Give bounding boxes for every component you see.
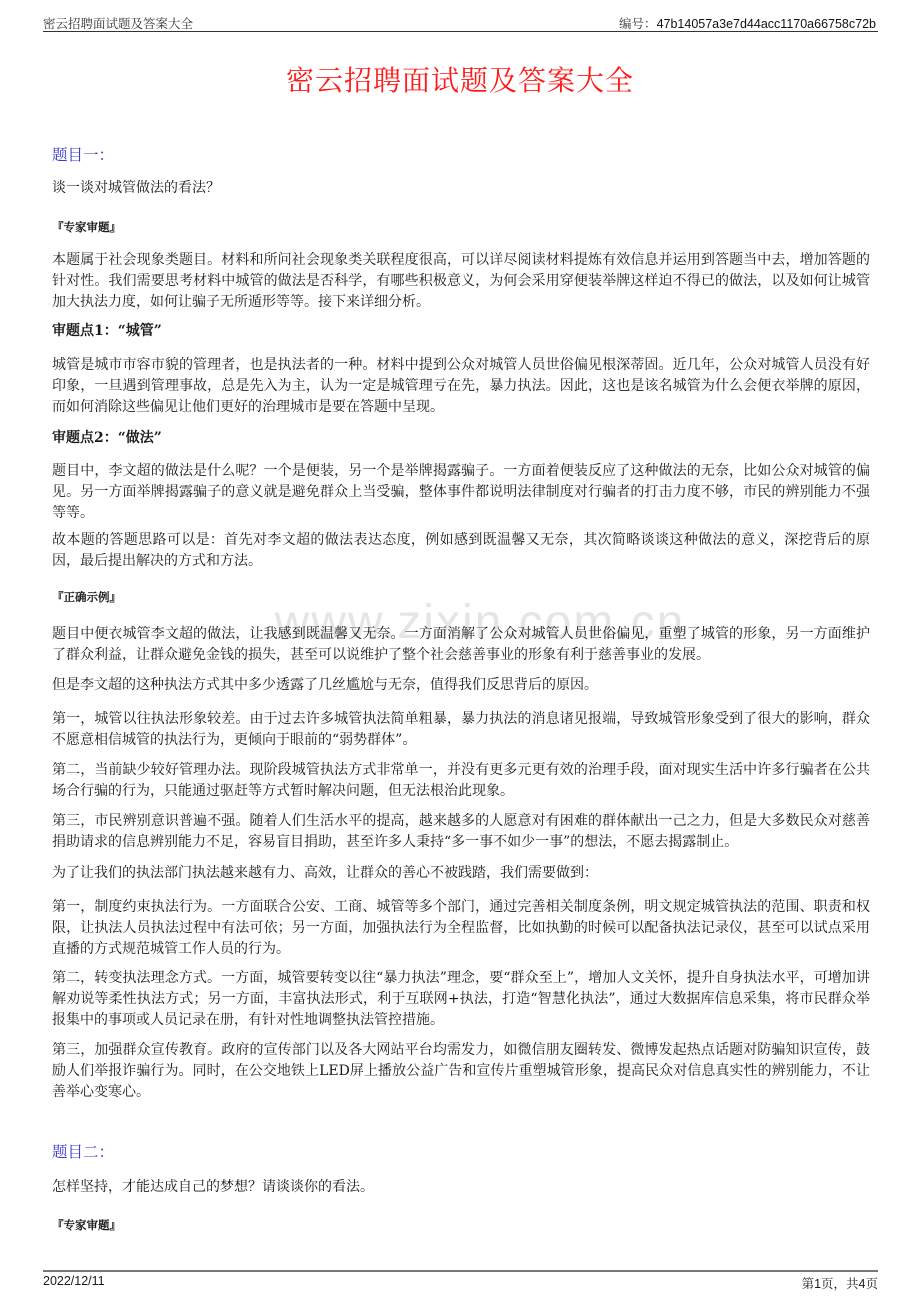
review-point-2-text: 题目中，李文超的做法是什么呢？一个是便装，另一个是举牌揭露骗子。一方面着便装反应… — [52, 461, 870, 524]
review-point-1-text: 城管是城市市容市貌的管理者，也是执法者的一种。材料中提到公众对城管人员世俗偏见根… — [52, 355, 870, 418]
question-1-heading: 题目一： — [52, 145, 870, 166]
footer-date: 2022/12/11 — [43, 1274, 105, 1288]
analysis-paragraph: 本题属于社会现象类题目。材料和所问社会现象类关联程度很高，可以详尽阅读材料提炼有… — [52, 250, 870, 313]
code-label: 编号： — [619, 16, 657, 31]
expert-review-tag: 『专家审题』 — [52, 1215, 870, 1236]
example-paragraph: 第二，转变执法理念方式。一方面，城管要转变以往“暴力执法”理念，要“群众至上”，… — [52, 968, 870, 1031]
example-paragraph: 为了让我们的执法部门执法越来越有力、高效，让群众的善心不被践踏，我们需要做到： — [52, 863, 870, 884]
correct-example-tag: 『正确示例』 — [52, 587, 870, 608]
example-paragraph: 第一，城管以往执法形象较差。由于过去许多城管执法简单粗暴，暴力执法的消息诸见报端… — [52, 709, 870, 751]
example-paragraph: 第二，当前缺少较好管理办法。现阶段城管执法方式非常单一，并没有更多元更有效的治理… — [52, 760, 870, 802]
question-2-text: 怎样坚持，才能达成自己的梦想？请谈谈你的看法。 — [52, 1177, 870, 1198]
example-paragraph: 第一，制度约束执法行为。一方面联合公安、工商、城管等多个部门，通过完善相关制度条… — [52, 897, 870, 960]
expert-review-tag: 『专家审题』 — [52, 217, 870, 238]
header-doc-name: 密云招聘面试题及答案大全 — [43, 14, 193, 32]
header-doc-code: 编号：47b14057a3e7d44acc1170a66758c72b — [619, 14, 876, 32]
example-paragraph: 第三，市民辨别意识普遍不强。随着人们生活水平的提高，越来越多的人愿意对有困难的群… — [52, 811, 870, 853]
answer-approach: 故本题的答题思路可以是：首先对李文超的做法表达态度，例如感到既温馨又无奈，其次简… — [52, 530, 870, 572]
example-paragraph: 第三，加强群众宣传教育。政府的宣传部门以及各大网站平台均需发力，如微信朋友圈转发… — [52, 1040, 870, 1103]
footer-page-info: 第1页，共4页 — [802, 1274, 878, 1292]
example-paragraph: 但是李文超的这种执法方式其中多少透露了几丝尴尬与无奈，值得我们反思背后的原因。 — [52, 675, 870, 696]
example-paragraph: 题目中便衣城管李文超的做法，让我感到既温馨又无奈。一方面消解了公众对城管人员世俗… — [52, 624, 870, 666]
page-footer: 2022/12/11 第1页，共4页 — [43, 1270, 878, 1294]
page-header: 密云招聘面试题及答案大全 编号：47b14057a3e7d44acc1170a6… — [43, 11, 878, 32]
question-2-heading: 题目二： — [52, 1142, 870, 1163]
document-title: 密云招聘面试题及答案大全 — [0, 59, 920, 99]
review-point-1-title: 审题点1：“城管” — [52, 321, 870, 342]
review-point-2-title: 审题点2：“做法” — [52, 428, 870, 449]
question-1-text: 谈一谈对城管做法的看法？ — [52, 178, 870, 199]
code-value: 47b14057a3e7d44acc1170a66758c72b — [657, 17, 876, 31]
